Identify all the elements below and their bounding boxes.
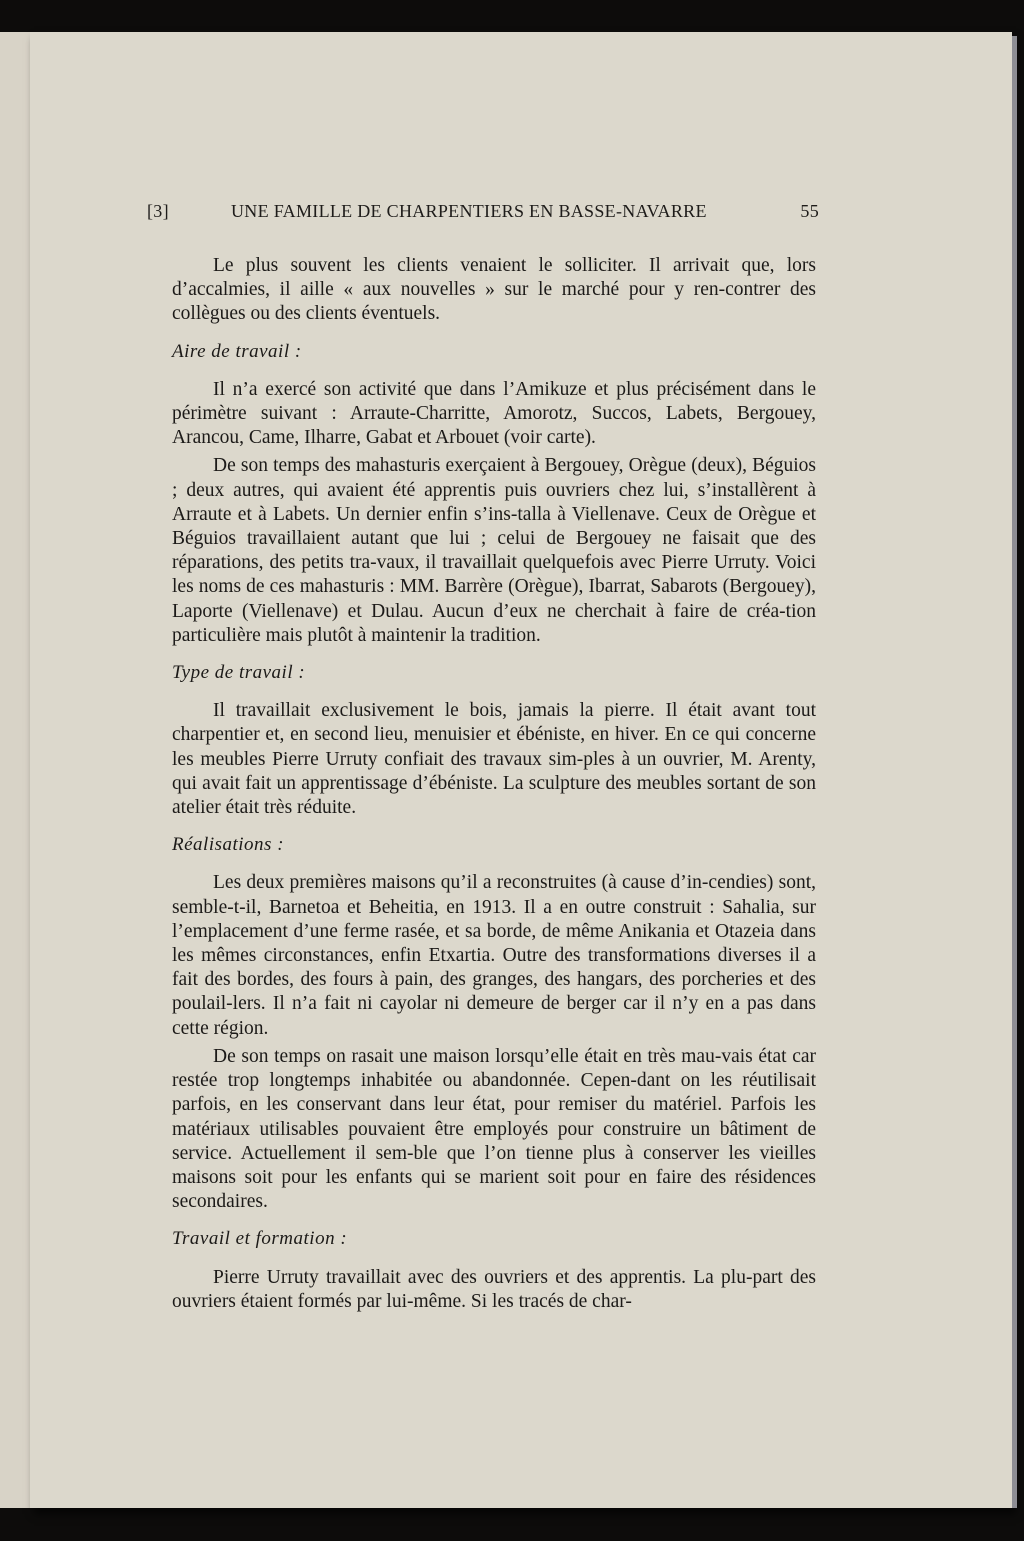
paragraph: Le plus souvent les clients venaient le …: [172, 254, 816, 327]
running-head: [3] UNE FAMILLE DE CHARPENTIERS EN BASSE…: [147, 198, 819, 226]
paragraph: De son temps des mahasturis exerçaient à…: [172, 454, 816, 648]
paragraph: Les deux premières maisons qu’il a recon…: [172, 871, 816, 1040]
section-heading-realisations: Réalisations :: [172, 833, 816, 857]
body-text: Le plus souvent les clients venaient le …: [172, 254, 816, 1314]
paragraph: De son temps on rasait une maison lorsqu…: [172, 1045, 816, 1214]
running-head-title: UNE FAMILLE DE CHARPENTIERS EN BASSE-NAV…: [231, 201, 707, 222]
page-stack-edge: [1012, 36, 1017, 1508]
facing-page-edge: [0, 32, 31, 1508]
paragraph: Il n’a exercé son activité que dans l’Am…: [172, 378, 816, 451]
section-heading-travail-et-formation: Travail et formation :: [172, 1227, 816, 1251]
section-marker: [3]: [147, 201, 169, 222]
section-heading-aire-de-travail: Aire de travail :: [172, 340, 816, 364]
section-heading-type-de-travail: Type de travail :: [172, 661, 816, 685]
paragraph: Pierre Urruty travaillait avec des ouvri…: [172, 1266, 816, 1314]
paragraph: Il travaillait exclusivement le bois, ja…: [172, 699, 816, 820]
page-number: 55: [800, 201, 819, 222]
